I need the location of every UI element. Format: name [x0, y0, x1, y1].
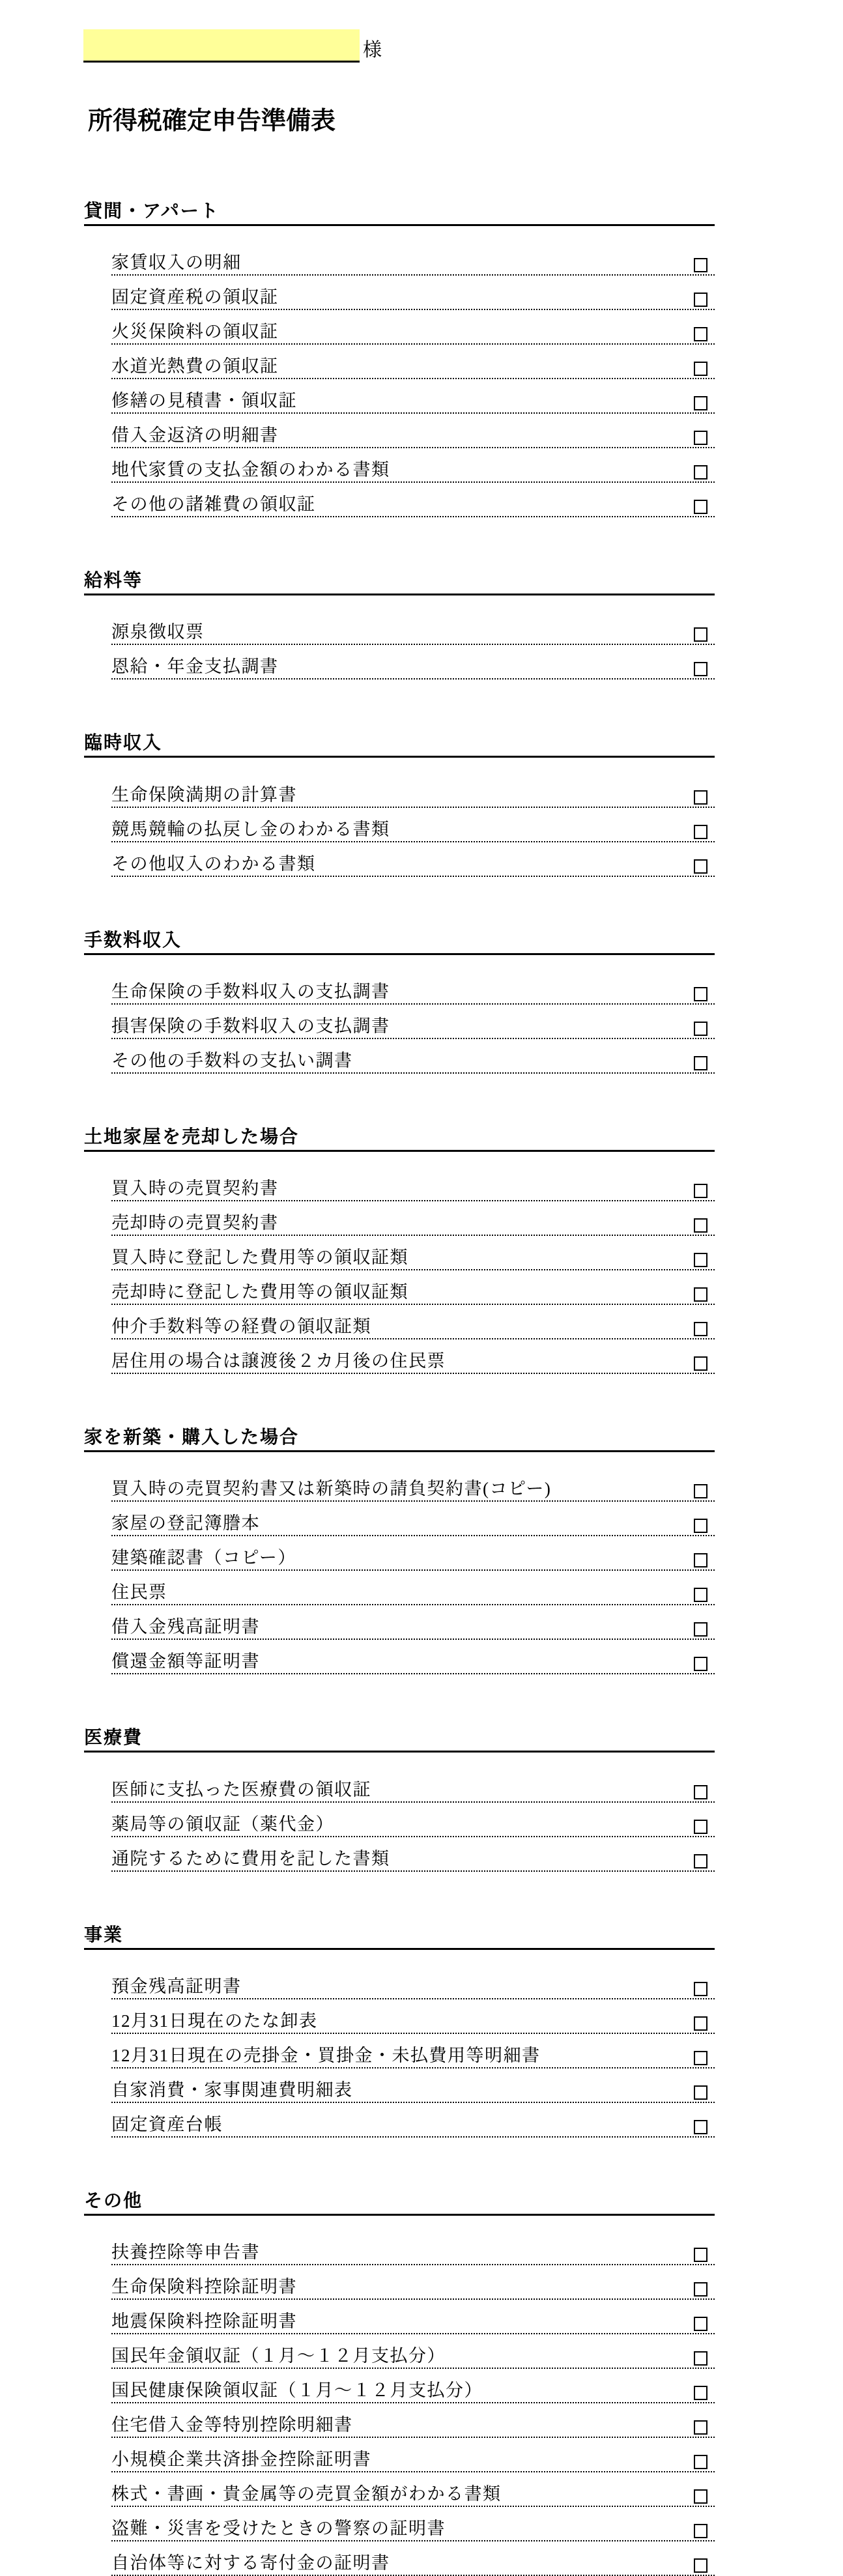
checklist-row: 地代家賃の支払金額のわかる書類 — [111, 448, 715, 483]
checklist-row: 売却時の売買契約書 — [111, 1201, 715, 1236]
item-label: 借入金残高証明書 — [111, 1618, 260, 1639]
checklist-section: 土地家屋を売却した場合 買入時の売買契約書 売却時の売買契約書 買入時に登記した… — [84, 1128, 715, 1374]
empty-checkbox-icon[interactable] — [694, 1982, 707, 1996]
item-label: 家屋の登記簿謄本 — [111, 1515, 260, 1535]
checklist-row: 生命保険料控除証明書 — [111, 2265, 715, 2300]
empty-checkbox-icon[interactable] — [694, 396, 707, 410]
empty-checkbox-icon[interactable] — [694, 2420, 707, 2435]
empty-checkbox-icon[interactable] — [694, 362, 707, 376]
empty-checkbox-icon[interactable] — [694, 1253, 707, 1267]
checklist-row: 生命保険の手数料収入の支払調書 — [111, 970, 715, 1005]
section-title: 臨時収入 — [84, 734, 715, 758]
checklist-row: 売却時に登記した費用等の領収証類 — [111, 1270, 715, 1305]
empty-checkbox-icon[interactable] — [694, 2351, 707, 2366]
item-label: 扶養控除等申告書 — [111, 2244, 260, 2264]
section-title: 家を新築・購入した場合 — [84, 1428, 715, 1452]
checklist-row: 損害保険の手数料収入の支払調書 — [111, 1005, 715, 1039]
checklist-row: 自家消費・家事関連費明細表 — [111, 2068, 715, 2103]
empty-checkbox-icon[interactable] — [694, 1056, 707, 1070]
item-label: 株式・書画・貴金属等の売買金額がわかる書類 — [111, 2485, 502, 2506]
page-title: 所得税確定申告準備表 — [88, 109, 843, 134]
empty-checkbox-icon[interactable] — [694, 2386, 707, 2400]
item-label: 建築確認書（コピー） — [111, 1549, 296, 1569]
checklist-row: 株式・書画・貴金属等の売買金額がわかる書類 — [111, 2472, 715, 2507]
checklist-row: 薬局等の領収証（薬代金） — [111, 1803, 715, 1837]
tax-preparation-checklist-page: 様 所得税確定申告準備表 貸間・アパート 家賃収入の明細 固定資産税の領収証 火… — [0, 0, 843, 2576]
item-label: 恩給・年金支払調書 — [111, 658, 279, 678]
checklist-row: 恩給・年金支払調書 — [111, 645, 715, 680]
empty-checkbox-icon[interactable] — [694, 825, 707, 839]
empty-checkbox-icon[interactable] — [694, 1785, 707, 1799]
checklist-row: 医師に支払った医療費の領収証 — [111, 1768, 715, 1803]
item-label: 競馬競輪の払戻し金のわかる書類 — [111, 821, 390, 841]
item-label: 源泉徴収票 — [111, 623, 205, 644]
empty-checkbox-icon[interactable] — [694, 431, 707, 445]
item-label: 小規模企業共済掛金控除証明書 — [111, 2451, 371, 2471]
item-label: 買入時に登記した費用等の領収証類 — [111, 1249, 408, 1269]
item-label: 盗難・災害を受けたときの警察の証明書 — [111, 2520, 446, 2540]
empty-checkbox-icon[interactable] — [694, 859, 707, 874]
item-label: 薬局等の領収証（薬代金） — [111, 1816, 334, 1836]
checklist-section: その他 扶養控除等申告書 生命保険料控除証明書 地震保険料控除証明書 国民年金領… — [84, 2192, 715, 2576]
checklist-row: 小規模企業共済掛金控除証明書 — [111, 2438, 715, 2472]
checklist-row: 償還金額等証明書 — [111, 1640, 715, 1674]
checklist-row: 国民年金領収証（１月～１２月支払分） — [111, 2334, 715, 2369]
checklist-section: 給料等 源泉徴収票 恩給・年金支払調書 — [84, 571, 715, 680]
checklist-row: 火災保険料の領収証 — [111, 310, 715, 345]
item-label: 売却時に登記した費用等の領収証類 — [111, 1283, 408, 1304]
empty-checkbox-icon[interactable] — [694, 1553, 707, 1567]
empty-checkbox-icon[interactable] — [694, 1854, 707, 1868]
empty-checkbox-icon[interactable] — [694, 1287, 707, 1302]
item-label: 売却時の売買契約書 — [111, 1214, 279, 1235]
item-label: 仲介手数料等の経費の領収証類 — [111, 1318, 371, 1338]
item-label: 地震保険料控除証明書 — [111, 2313, 297, 2333]
section-title: 貸間・アパート — [84, 202, 715, 226]
item-label: 国民健康保険領収証（１月～１２月支払分） — [111, 2382, 483, 2402]
section-items: 買入時の売買契約書 売却時の売買契約書 買入時に登記した費用等の領収証類 売却時… — [111, 1167, 715, 1374]
empty-checkbox-icon[interactable] — [694, 1184, 707, 1198]
empty-checkbox-icon[interactable] — [694, 1657, 707, 1671]
checklist-row: 修繕の見積書・領収証 — [111, 379, 715, 414]
checklist-row: 競馬競輪の払戻し金のわかる書類 — [111, 808, 715, 842]
checklist-section: 貸間・アパート 家賃収入の明細 固定資産税の領収証 火災保険料の領収証 水道光熱… — [84, 202, 715, 517]
item-label: 借入金返済の明細書 — [111, 427, 279, 447]
section-items: 源泉徴収票 恩給・年金支払調書 — [111, 610, 715, 680]
item-label: 国民年金領収証（１月～１２月支払分） — [111, 2347, 446, 2368]
empty-checkbox-icon[interactable] — [694, 2016, 707, 2031]
checklist-row: その他の手数料の支払い調書 — [111, 1039, 715, 1074]
checklist-row: 固定資産税の領収証 — [111, 276, 715, 310]
checklist-row: 住民票 — [111, 1571, 715, 1605]
empty-checkbox-icon[interactable] — [694, 465, 707, 479]
empty-checkbox-icon[interactable] — [694, 2524, 707, 2538]
checklist-row: 地震保険料控除証明書 — [111, 2300, 715, 2334]
checklist-row: 住宅借入金等特別控除明細書 — [111, 2403, 715, 2438]
checklist-section: 臨時収入 生命保険満期の計算書 競馬競輪の払戻し金のわかる書類 その他収入のわか… — [84, 734, 715, 876]
section-items: 買入時の売買契約書又は新築時の請負契約書(コピー) 家屋の登記簿謄本 建築確認書… — [111, 1467, 715, 1674]
item-label: 12月31日現在のたな卸表 — [111, 2012, 318, 2033]
checklist-row: 12月31日現在の売掛金・買掛金・未払費用等明細書 — [111, 2034, 715, 2068]
section-items: 生命保険満期の計算書 競馬競輪の払戻し金のわかる書類 その他収入のわかる書類 — [111, 773, 715, 877]
empty-checkbox-icon[interactable] — [694, 627, 707, 642]
item-label: 預金残高証明書 — [111, 1978, 242, 1998]
checklist-row: 水道光熱費の領収証 — [111, 345, 715, 379]
empty-checkbox-icon[interactable] — [694, 2455, 707, 2469]
item-label: 住宅借入金等特別控除明細書 — [111, 2416, 353, 2437]
item-label: 12月31日現在の売掛金・買掛金・未払費用等明細書 — [111, 2047, 541, 2067]
item-label: 損害保険の手数料収入の支払調書 — [111, 1018, 390, 1038]
name-highlight-field[interactable] — [83, 29, 360, 63]
empty-checkbox-icon[interactable] — [694, 2051, 707, 2065]
checklist-row: 盗難・災害を受けたときの警察の証明書 — [111, 2507, 715, 2541]
empty-checkbox-icon[interactable] — [694, 2317, 707, 2331]
empty-checkbox-icon[interactable] — [694, 2489, 707, 2504]
section-title: 土地家屋を売却した場合 — [84, 1128, 715, 1152]
section-items: 扶養控除等申告書 生命保険料控除証明書 地震保険料控除証明書 国民年金領収証（１… — [111, 2231, 715, 2576]
checklist-row: その他収入のわかる書類 — [111, 842, 715, 877]
empty-checkbox-icon[interactable] — [694, 2558, 707, 2573]
section-items: 生命保険の手数料収入の支払調書 損害保険の手数料収入の支払調書 その他の手数料の… — [111, 970, 715, 1074]
checklist-row: 固定資産台帳 — [111, 2103, 715, 2138]
empty-checkbox-icon[interactable] — [694, 662, 707, 676]
empty-checkbox-icon[interactable] — [694, 1622, 707, 1637]
item-label: 自家消費・家事関連費明細表 — [111, 2082, 353, 2102]
empty-checkbox-icon[interactable] — [694, 1519, 707, 1533]
item-label: 生命保険の手数料収入の支払調書 — [111, 983, 390, 1003]
checklist-row: 買入時の売買契約書又は新築時の請負契約書(コピー) — [111, 1467, 715, 1502]
checklist-row: 通院するために費用を記した書類 — [111, 1837, 715, 1872]
item-label: 償還金額等証明書 — [111, 1653, 260, 1673]
empty-checkbox-icon[interactable] — [694, 293, 707, 307]
item-label: 地代家賃の支払金額のわかる書類 — [111, 461, 390, 481]
item-label: 医師に支払った医療費の領収証 — [111, 1781, 371, 1801]
empty-checkbox-icon[interactable] — [694, 1484, 707, 1498]
empty-checkbox-icon[interactable] — [694, 2248, 707, 2262]
section-items: 家賃収入の明細 固定資産税の領収証 火災保険料の領収証 水道光熱費の領収証 修繕… — [111, 241, 715, 517]
checklist-sections: 貸間・アパート 家賃収入の明細 固定資産税の領収証 火災保険料の領収証 水道光熱… — [84, 202, 715, 2576]
checklist-row: その他の諸雑費の領収証 — [111, 483, 715, 517]
item-label: 居住用の場合は譲渡後２カ月後の住民票 — [111, 1352, 446, 1373]
section-title: 手数料収入 — [84, 931, 715, 955]
checklist-section: 家を新築・購入した場合 買入時の売買契約書又は新築時の請負契約書(コピー) 家屋… — [84, 1428, 715, 1674]
checklist-row: 源泉徴収票 — [111, 610, 715, 645]
checklist-section: 手数料収入 生命保険の手数料収入の支払調書 損害保険の手数料収入の支払調書 その… — [84, 931, 715, 1074]
item-label: 生命保険満期の計算書 — [111, 786, 297, 807]
addressee-row: 様 — [83, 29, 843, 63]
empty-checkbox-icon[interactable] — [694, 258, 707, 272]
checklist-row: 自治体等に対する寄付金の証明書 — [111, 2541, 715, 2576]
empty-checkbox-icon[interactable] — [694, 1820, 707, 1834]
empty-checkbox-icon[interactable] — [694, 2085, 707, 2100]
checklist-row: 買入時の売買契約書 — [111, 1167, 715, 1201]
item-label: 住民票 — [111, 1584, 167, 1604]
section-items: 預金残高証明書 12月31日現在のたな卸表 12月31日現在の売掛金・買掛金・未… — [111, 1965, 715, 2138]
checklist-row: 借入金残高証明書 — [111, 1605, 715, 1640]
section-title: 医療費 — [84, 1728, 715, 1753]
checklist-row: 買入時に登記した費用等の領収証類 — [111, 1236, 715, 1270]
empty-checkbox-icon[interactable] — [694, 1588, 707, 1602]
checklist-row: 家賃収入の明細 — [111, 241, 715, 276]
checklist-row: 家屋の登記簿謄本 — [111, 1502, 715, 1536]
section-title: その他 — [84, 2192, 715, 2216]
item-label: その他収入のわかる書類 — [111, 855, 316, 876]
checklist-row: 扶養控除等申告書 — [111, 2231, 715, 2265]
checklist-section: 医療費 医師に支払った医療費の領収証 薬局等の領収証（薬代金） 通院するために費… — [84, 1728, 715, 1871]
checklist-row: 預金残高証明書 — [111, 1965, 715, 1999]
checklist-section: 事業 預金残高証明書 12月31日現在のたな卸表 12月31日現在の売掛金・買掛… — [84, 1926, 715, 2138]
empty-checkbox-icon[interactable] — [694, 1356, 707, 1371]
name-honorific-suffix: 様 — [360, 41, 382, 63]
checklist-row: 12月31日現在のたな卸表 — [111, 1999, 715, 2034]
item-label: 通院するために費用を記した書類 — [111, 1850, 390, 1870]
empty-checkbox-icon[interactable] — [694, 500, 707, 514]
item-label: その他の手数料の支払い調書 — [111, 1052, 353, 1072]
empty-checkbox-icon[interactable] — [694, 327, 707, 341]
item-label: 固定資産税の領収証 — [111, 289, 279, 309]
empty-checkbox-icon[interactable] — [694, 1218, 707, 1233]
empty-checkbox-icon[interactable] — [694, 1322, 707, 1336]
section-title: 事業 — [84, 1926, 715, 1950]
section-items: 医師に支払った医療費の領収証 薬局等の領収証（薬代金） 通院するために費用を記し… — [111, 1768, 715, 1872]
checklist-row: 借入金返済の明細書 — [111, 414, 715, 448]
checklist-row: 仲介手数料等の経費の領収証類 — [111, 1305, 715, 1339]
empty-checkbox-icon[interactable] — [694, 2120, 707, 2134]
item-label: 自治体等に対する寄付金の証明書 — [111, 2555, 390, 2575]
checklist-row: 居住用の場合は譲渡後２カ月後の住民票 — [111, 1339, 715, 1374]
item-label: 火災保険料の領収証 — [111, 323, 279, 343]
item-label: 生命保険料控除証明書 — [111, 2278, 297, 2298]
item-label: 家賃収入の明細 — [111, 254, 242, 274]
section-title: 給料等 — [84, 571, 715, 595]
item-label: 水道光熱費の領収証 — [111, 358, 279, 378]
item-label: その他の諸雑費の領収証 — [111, 496, 316, 516]
checklist-row: 生命保険満期の計算書 — [111, 773, 715, 808]
item-label: 買入時の売買契約書 — [111, 1180, 279, 1200]
item-label: 固定資産台帳 — [111, 2116, 223, 2136]
item-label: 修繕の見積書・領収証 — [111, 392, 297, 412]
empty-checkbox-icon[interactable] — [694, 1022, 707, 1036]
checklist-row: 国民健康保険領収証（１月～１２月支払分） — [111, 2369, 715, 2403]
empty-checkbox-icon[interactable] — [694, 790, 707, 805]
empty-checkbox-icon[interactable] — [694, 987, 707, 1001]
empty-checkbox-icon[interactable] — [694, 2282, 707, 2297]
checklist-row: 建築確認書（コピー） — [111, 1536, 715, 1571]
item-label: 買入時の売買契約書又は新築時の請負契約書(コピー) — [111, 1480, 551, 1500]
